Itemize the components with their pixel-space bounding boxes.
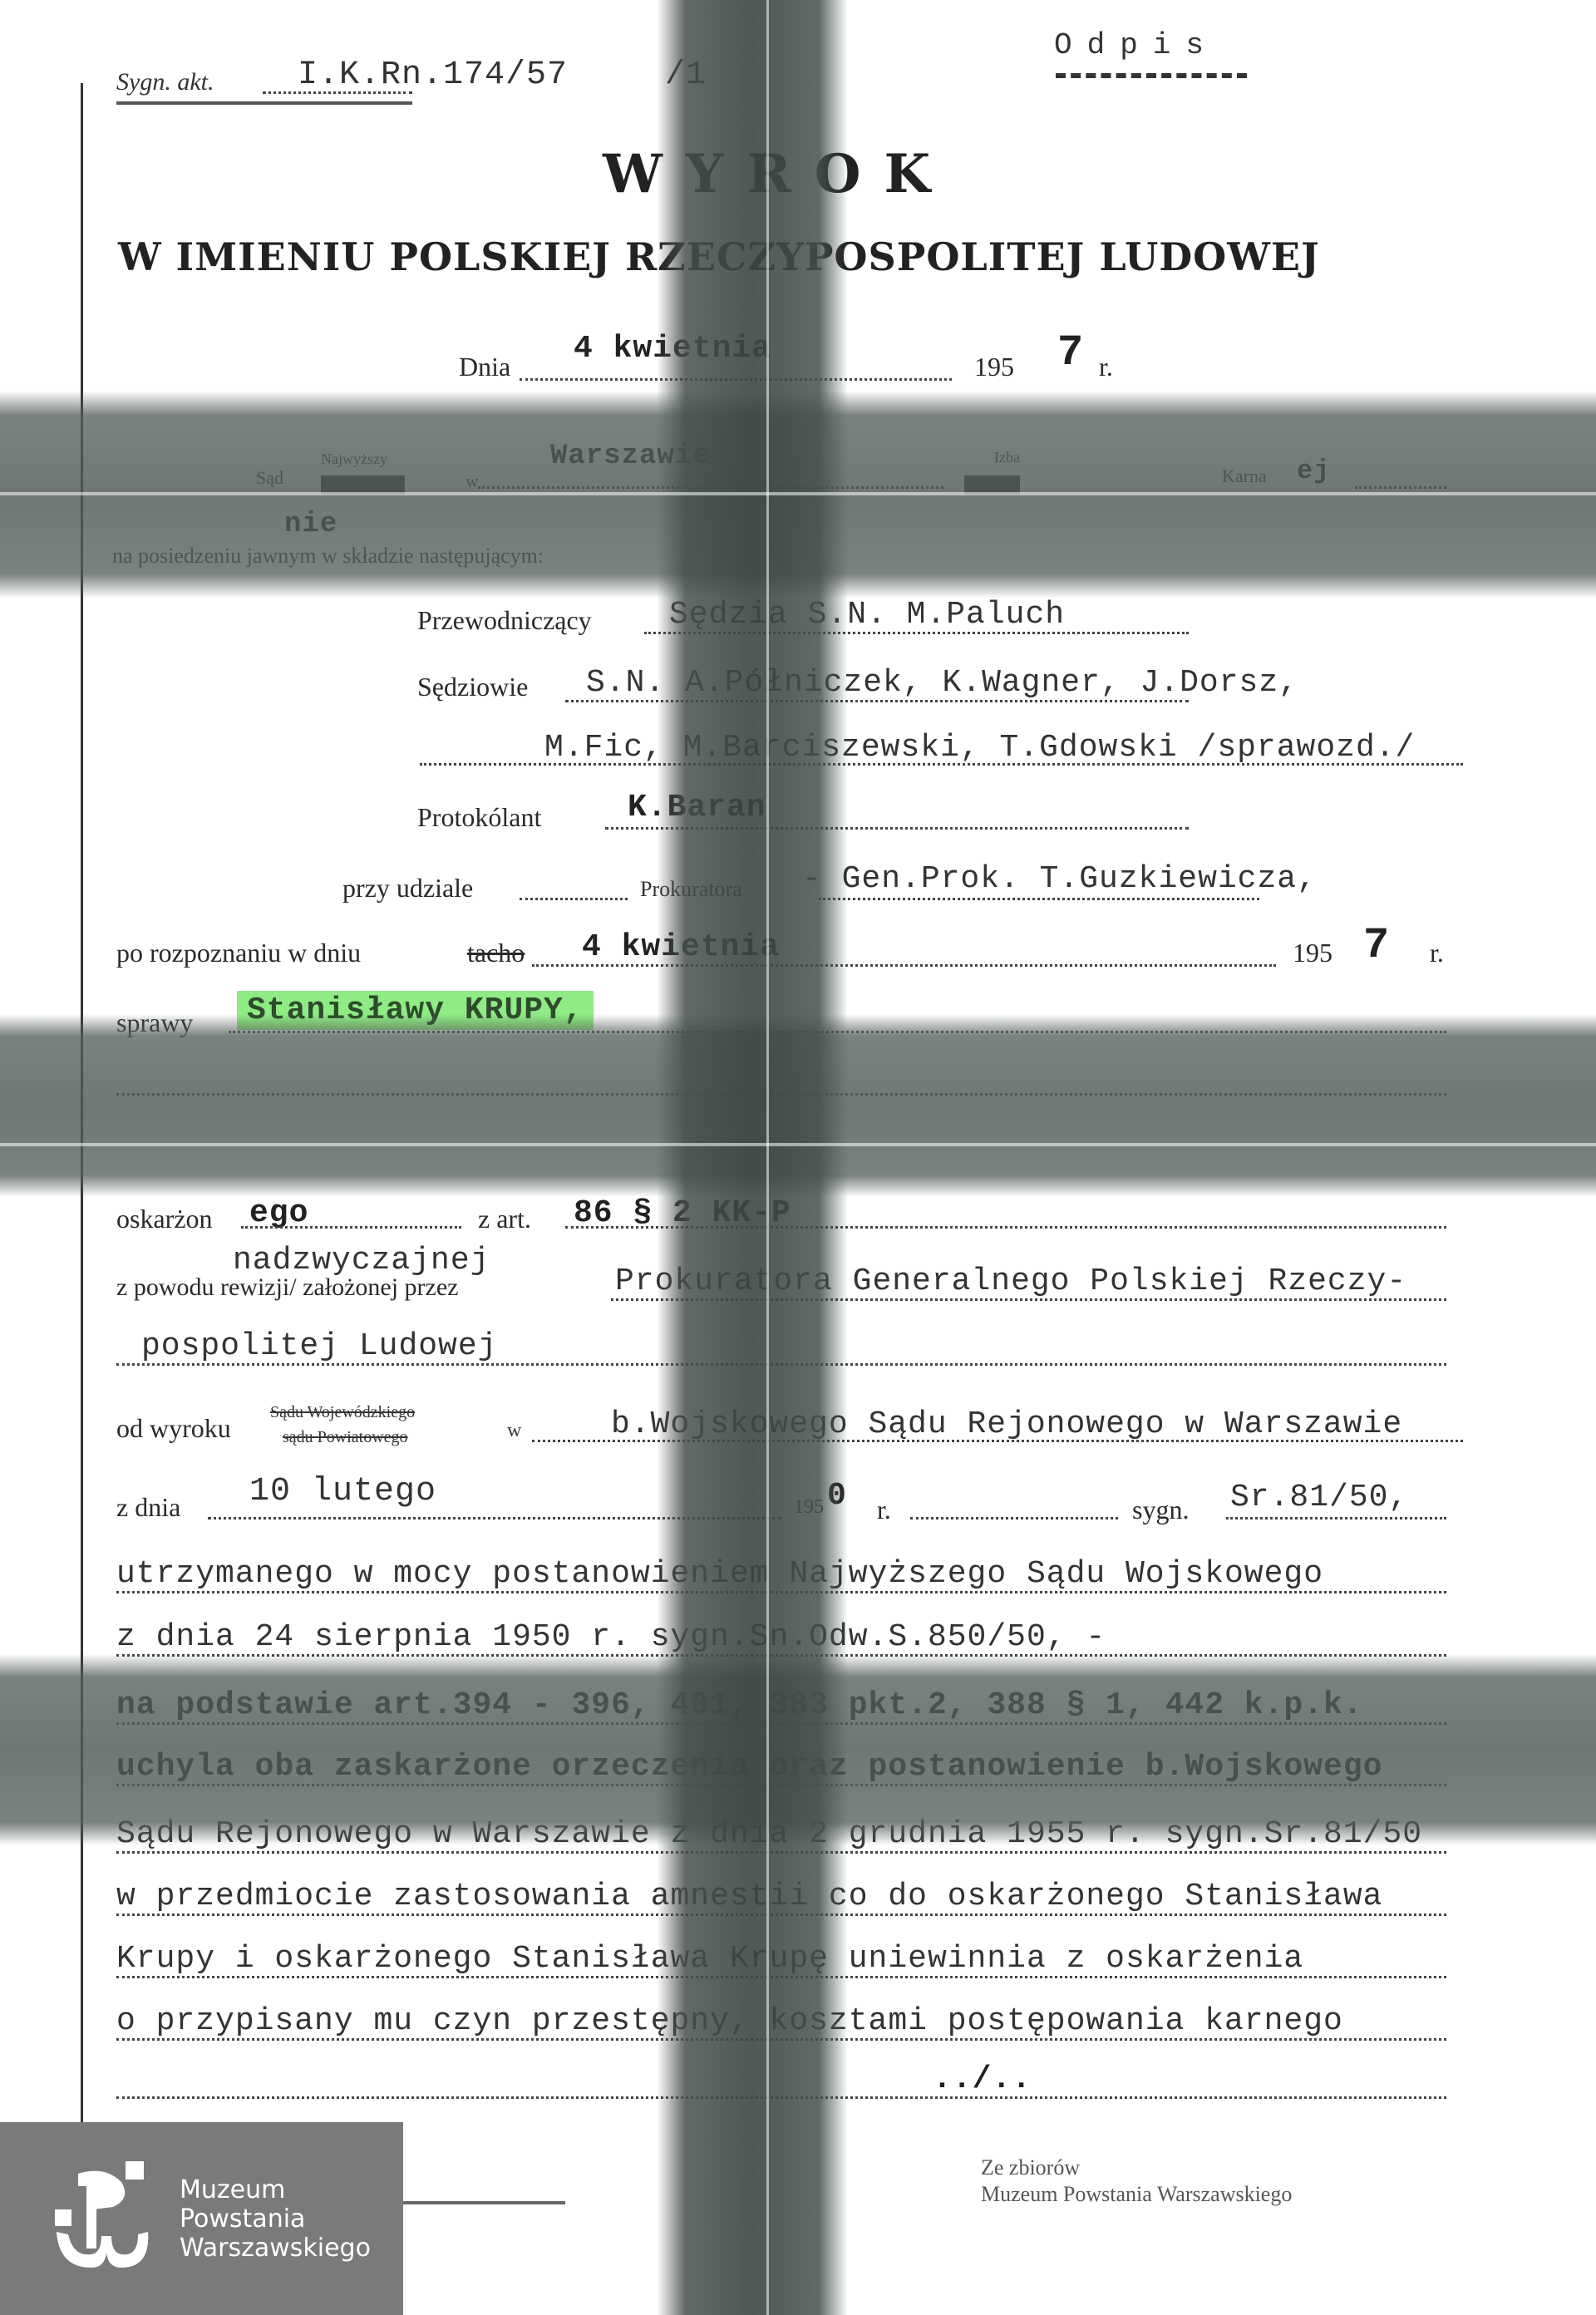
hearing-r: r. (1430, 938, 1444, 968)
revision-line-2: pospolitej Ludowej (141, 1328, 497, 1364)
prosecutor-value: - Gen.Prok. T.Guzkiewicza, (802, 861, 1317, 897)
prosecutor-role: Prokuratora (640, 877, 742, 902)
scan-shadow-band-2 (0, 1014, 1596, 1197)
year-prefix: 195 (974, 352, 1014, 382)
prosecutor-label: przy udziale (342, 873, 473, 904)
year-r: r. (1099, 352, 1113, 382)
body-line: na podstawie art.394 - 396, 401, 383 pkt… (116, 1687, 1363, 1723)
body-line: Sądu Rejonowego w Warszawie z dnia 2 gru… (116, 1816, 1422, 1852)
judges-line-1: S.N. A.Półniczek, K.Wagner, J.Dorsz, (586, 665, 1298, 701)
appeal-struck-top: Sądu Wojewódzkiego (270, 1403, 415, 1422)
court-label: Sąd (256, 467, 283, 489)
hearing-year-suffix: 7 (1363, 921, 1390, 970)
judges-line-2: M.Fic, M.Barciszewski, T.Gdowski /sprawo… (544, 730, 1415, 766)
hearing-year-prefix: 195 (1293, 938, 1332, 968)
court-w-label: w (465, 470, 479, 492)
art-label: z art. (478, 1204, 531, 1234)
case-signature-label: Sygn. akt. (116, 68, 214, 96)
clerk-value: K.Baran (628, 790, 766, 825)
case-label: sprawy (116, 1007, 193, 1038)
signature-underline (116, 101, 412, 105)
fold-line-h2 (0, 1143, 1596, 1146)
copy-underline (1056, 68, 1247, 78)
collection-note-line-1: Ze zbiorów (981, 2155, 1292, 2181)
judgment-sygn-label: sygn. (1132, 1495, 1189, 1525)
court-city: Warszawie (550, 441, 711, 472)
court-kind-struck: Wydział (964, 475, 1020, 495)
appeal-struck-bottom: sądu Powiatowego (283, 1428, 408, 1447)
appeal-w-label: w (507, 1420, 521, 1442)
case-dots (229, 1031, 1446, 1033)
revision-label: z powodu rewizji/ założonej przez (116, 1273, 458, 1302)
judgment-year-prefix: 195 (794, 1496, 824, 1519)
chair-label: Przewodniczący (417, 605, 592, 636)
case-dots-2 (116, 1093, 1446, 1096)
document-subtitle: W IMIENIU POLSKIEJ RZECZYPOSPOLITEJ LUDO… (118, 234, 1320, 279)
body-line: uchyla oba zaskarżone orzeczenia oraz po… (116, 1749, 1382, 1785)
chair-value: Sędzia S.N. M.Paluch (669, 597, 1065, 633)
collection-note: Ze zbiorów Muzeum Powstania Warszawskieg… (981, 2155, 1292, 2208)
judgment-date-label: z dnia (116, 1492, 180, 1523)
court-kind-over: Izba (994, 449, 1020, 466)
court-kind-dots (1355, 486, 1446, 489)
kotwica-anchor-icon (55, 2161, 155, 2269)
judgment-sygn-dots (1226, 1517, 1446, 1520)
judgment-r: r. (877, 1495, 891, 1525)
document-title: WYROK (603, 143, 953, 205)
hearing-struck: tacho (467, 938, 525, 968)
charge-label: oskarżon (116, 1204, 213, 1234)
court-type-struck: Wojewódzki (321, 475, 405, 495)
session-label: na posiedzeniu jawnym w składzie następu… (112, 544, 544, 569)
margin-rule (81, 83, 83, 2211)
judgment-date-dots (208, 1517, 781, 1520)
judgment-dots-b (910, 1517, 1118, 1520)
clerk-dots (605, 827, 1189, 830)
body-line: z dnia 24 sierpnia 1950 r. sygn.Sn.Odw.S… (116, 1619, 1106, 1655)
judgment-sygn-value: Sr.81/50, (1230, 1480, 1408, 1515)
body-line: w przedmiocie zastosowania amnestii co d… (116, 1879, 1382, 1914)
watermark-line-3: Warszawskiego (180, 2234, 371, 2263)
appeal-label: od wyroku (116, 1413, 231, 1444)
prosecutor-dots-b (819, 898, 1259, 900)
prosecutor-dots-a (520, 898, 628, 900)
hearing-date: 4 kwietnia (582, 929, 780, 965)
defendant-name: Stanisławy KRUPY, (237, 991, 594, 1030)
date-value: 4 kwietnia (574, 331, 771, 367)
revision-line-1: Prokuratora Generalnego Polskiej Rzeczy- (615, 1263, 1406, 1299)
judges-label: Sędziowie (417, 672, 528, 702)
copy-label: Odpis (1054, 28, 1219, 62)
museum-watermark-text: Muzeum Powstania Warszawskiego (180, 2175, 371, 2263)
art-value: 86 § 2 KK-P (574, 1195, 791, 1231)
collection-note-line-2: Muzeum Powstania Warszawskiego (981, 2181, 1292, 2208)
judgment-date-value: 10 lutego (249, 1473, 436, 1510)
clerk-label: Protokólant (417, 802, 541, 833)
date-dots (520, 378, 952, 381)
watermark-line-2: Powstania (180, 2204, 371, 2234)
body-line: Krupy i oskarżonego Stanisława Krupę uni… (116, 1941, 1303, 1977)
continuation-mark: ../.. (933, 2061, 1032, 2097)
body-line: utrzymanego w mocy postanowieniem Najwyż… (116, 1556, 1323, 1592)
court-kind-suffix: ej (1297, 456, 1330, 486)
body-line: o przypisany mu czyn przestępny, kosztam… (116, 2003, 1343, 2039)
judgment-year-suffix: 0 (827, 1478, 847, 1514)
appeal-value: b.Wojskowego Sądu Rejonowego w Warszawie (611, 1406, 1402, 1442)
court-kind: Karna (1222, 465, 1267, 487)
court-nie: nie (284, 509, 337, 540)
court-dots (478, 486, 943, 489)
court-type: Najwyższy (321, 451, 387, 468)
case-signature-value: I.K.Rn.174/57 (298, 57, 568, 94)
year-suffix: 7 (1057, 328, 1084, 377)
charge-dots-a (241, 1226, 461, 1229)
date-label: Dnia (459, 352, 510, 382)
page-mark: /1 (665, 57, 707, 94)
fold-line-h1 (0, 492, 1596, 495)
watermark-line-1: Muzeum (180, 2175, 371, 2204)
hearing-label: po rozpoznaniu w dniu (116, 938, 361, 968)
final-dots (116, 2096, 1446, 2099)
